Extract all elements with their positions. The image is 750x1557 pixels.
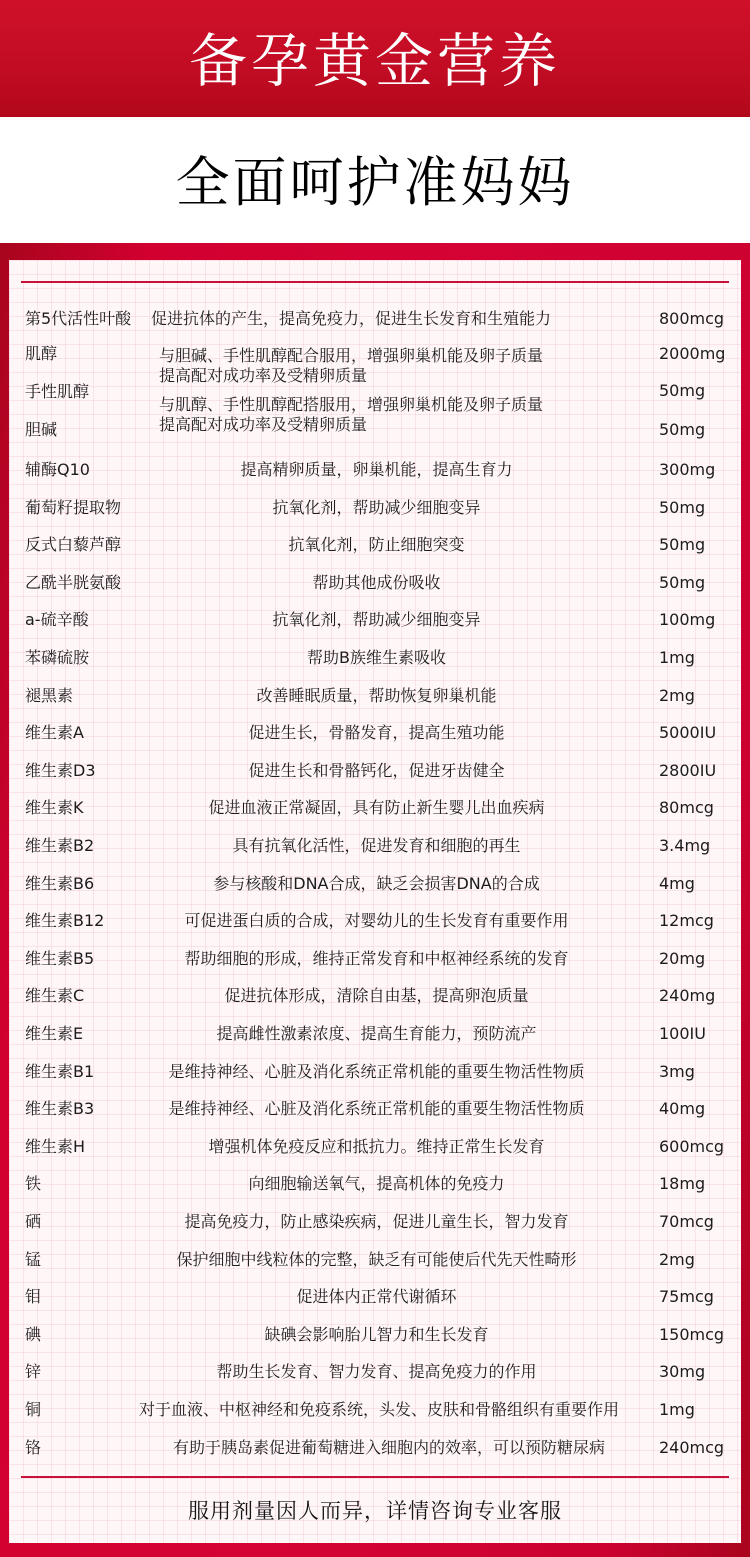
ingredient-desc: 抗氧化剂，帮助减少细胞变异 bbox=[104, 493, 649, 523]
ingredient-dose: 150mcg bbox=[659, 1320, 724, 1350]
ingredient-desc: 与肌醇、手性肌醇配搭服用，增强卵巢机能及卵子质量 bbox=[159, 395, 543, 415]
ingredient-name: 褪黑素 bbox=[25, 681, 73, 711]
ingredient-name: 铜 bbox=[25, 1395, 41, 1425]
table-row: 维生素B1 是维持神经、心脏及消化系统正常机能的重要生物活性物质 3mg bbox=[9, 1057, 741, 1087]
table-row: a-硫辛酸 抗氧化剂，帮助减少细胞变异 100mg bbox=[9, 605, 741, 635]
ingredient-desc: 帮助生长发育、智力发育、提高免疫力的作用 bbox=[104, 1357, 649, 1387]
table-row: 铬 有助于胰岛素促进葡萄糖进入细胞内的效率，可以预防糖尿病 240mcg bbox=[9, 1433, 741, 1463]
ingredient-panel: 第5代活性叶酸 促进抗体的产生，提高免疫力，促进生长发育和生殖能力 800mcg… bbox=[9, 260, 741, 1543]
table-row: 维生素B2 具有抗氧化活性，促进发育和细胞的再生 3.4mg bbox=[9, 831, 741, 861]
table-row: 铜 对于血液、中枢神经和免疫系统，头发、皮肤和骨骼组织有重要作用 1mg bbox=[9, 1395, 741, 1425]
table-row: 维生素H 增强机体免疫反应和抵抗力。维持正常生长发育 600mcg bbox=[9, 1132, 741, 1162]
ingredient-dose: 18mg bbox=[659, 1169, 705, 1199]
ingredient-desc: 是维持神经、心脏及消化系统正常机能的重要生物活性物质 bbox=[104, 1057, 649, 1087]
ingredient-dose: 240mcg bbox=[659, 1433, 724, 1463]
table-row: 褪黑素 改善睡眠质量，帮助恢复卵巢机能 2mg bbox=[9, 681, 741, 711]
ingredient-dose: 2mg bbox=[659, 1245, 695, 1275]
table-row: 维生素K 促进血液正常凝固，具有防止新生婴儿出血疾病 80mcg bbox=[9, 793, 741, 823]
ingredient-dose: 300mg bbox=[659, 455, 715, 485]
table-row: 锰 保护细胞中线粒体的完整，缺乏有可能使后代先天性畸形 2mg bbox=[9, 1245, 741, 1275]
table-row: 维生素E 提高雌性激素浓度、提高生育能力，预防流产 100IU bbox=[9, 1019, 741, 1049]
ingredient-name: 维生素D3 bbox=[25, 756, 96, 786]
ingredient-desc: 是维持神经、心脏及消化系统正常机能的重要生物活性物质 bbox=[104, 1094, 649, 1124]
ingredient-desc: 促进血液正常凝固，具有防止新生婴儿出血疾病 bbox=[104, 793, 649, 823]
ingredient-desc: 促进体内正常代谢循环 bbox=[104, 1282, 649, 1312]
ingredient-desc: 具有抗氧化活性，促进发育和细胞的再生 bbox=[104, 831, 649, 861]
ingredient-name: 维生素E bbox=[25, 1019, 83, 1049]
ingredient-desc: 可促进蛋白质的合成，对婴幼儿的生长发育有重要作用 bbox=[104, 906, 649, 936]
table-row: 维生素B5 帮助细胞的形成，维持正常发育和中枢神经系统的发育 20mg bbox=[9, 944, 741, 974]
ingredient-desc: 帮助B族维生素吸收 bbox=[104, 643, 649, 673]
ingredient-dose: 50mg bbox=[659, 420, 705, 440]
ingredient-dose: 2000mg bbox=[659, 344, 725, 364]
ingredient-desc-line2: 提高配对成功率及受精卵质量 bbox=[159, 366, 367, 386]
ingredient-desc: 增强机体免疫反应和抵抗力。维持正常生长发育 bbox=[104, 1132, 649, 1162]
ingredient-dose: 100mg bbox=[659, 605, 715, 635]
table-row: 维生素C 促进抗体形成，清除自由基，提高卵泡质量 240mg bbox=[9, 981, 741, 1011]
table-row: 碘 缺碘会影响胎儿智力和生长发育 150mcg bbox=[9, 1320, 741, 1350]
ingredient-name: 维生素B2 bbox=[25, 831, 94, 861]
ingredient-dose: 12mcg bbox=[659, 906, 714, 936]
ingredient-desc: 保护细胞中线粒体的完整，缺乏有可能使后代先天性畸形 bbox=[104, 1245, 649, 1275]
ingredient-desc: 帮助细胞的形成，维持正常发育和中枢神经系统的发育 bbox=[104, 944, 649, 974]
ingredient-desc: 促进抗体的产生，提高免疫力，促进生长发育和生殖能力 bbox=[151, 304, 611, 334]
ingredient-name: 维生素B6 bbox=[25, 869, 94, 899]
table-row: 维生素B3 是维持神经、心脏及消化系统正常机能的重要生物活性物质 40mg bbox=[9, 1094, 741, 1124]
ingredient-desc: 帮助其他成份吸收 bbox=[104, 568, 649, 598]
ingredient-desc: 缺碘会影响胎儿智力和生长发育 bbox=[104, 1320, 649, 1350]
ingredient-dose: 3.4mg bbox=[659, 831, 710, 861]
table-row: 第5代活性叶酸 促进抗体的产生，提高免疫力，促进生长发育和生殖能力 800mcg bbox=[9, 304, 741, 334]
ingredient-name: 辅酶Q10 bbox=[25, 455, 90, 485]
ingredient-dose: 2800IU bbox=[659, 756, 716, 786]
ingredient-name: a-硫辛酸 bbox=[25, 605, 89, 635]
ingredient-dose: 240mg bbox=[659, 981, 715, 1011]
ingredient-name: 手性肌醇 bbox=[25, 382, 89, 402]
ingredient-desc: 对于血液、中枢神经和免疫系统，头发、皮肤和骨骼组织有重要作用 bbox=[99, 1395, 659, 1425]
ingredient-dose: 40mg bbox=[659, 1094, 705, 1124]
table-row: 维生素B12 可促进蛋白质的合成，对婴幼儿的生长发育有重要作用 12mcg bbox=[9, 906, 741, 936]
ingredient-name: 维生素C bbox=[25, 981, 84, 1011]
header-banner: 备孕黄金营养 bbox=[0, 0, 750, 117]
ingredient-desc: 参与核酸和DNA合成，缺乏会损害DNA的合成 bbox=[104, 869, 649, 899]
table-row: 苯磷硫胺 帮助B族维生素吸收 1mg bbox=[9, 643, 741, 673]
ingredient-name: 钼 bbox=[25, 1282, 41, 1312]
ingredient-dose: 100IU bbox=[659, 1019, 706, 1049]
ingredient-dose: 600mcg bbox=[659, 1132, 724, 1162]
ingredient-dose: 3mg bbox=[659, 1057, 695, 1087]
bottom-divider bbox=[21, 1476, 729, 1478]
ingredient-desc: 提高雌性激素浓度、提高生育能力，预防流产 bbox=[104, 1019, 649, 1049]
ingredient-name: 铬 bbox=[25, 1433, 41, 1463]
ingredient-name: 锌 bbox=[25, 1357, 41, 1387]
ingredient-frame: 第5代活性叶酸 促进抗体的产生，提高免疫力，促进生长发育和生殖能力 800mcg… bbox=[0, 243, 750, 1557]
ingredient-name: 碘 bbox=[25, 1320, 41, 1350]
ingredient-name: 肌醇 bbox=[25, 344, 57, 364]
ingredient-name: 硒 bbox=[25, 1207, 41, 1237]
ingredient-dose: 80mcg bbox=[659, 793, 714, 823]
ingredient-name: 维生素H bbox=[25, 1132, 85, 1162]
ingredient-desc: 与胆碱、手性肌醇配合服用，增强卵巢机能及卵子质量 bbox=[159, 346, 543, 366]
dosage-note: 服用剂量因人而异，详情咨询专业客服 bbox=[9, 1495, 741, 1525]
page-subtitle: 全面呵护准妈妈 bbox=[176, 140, 575, 217]
ingredient-name: 苯磷硫胺 bbox=[25, 643, 89, 673]
page-title: 备孕黄金营养 bbox=[189, 14, 561, 98]
ingredient-dose: 75mcg bbox=[659, 1282, 714, 1312]
ingredient-desc: 抗氧化剂，防止细胞突变 bbox=[104, 530, 649, 560]
ingredient-desc: 改善睡眠质量，帮助恢复卵巢机能 bbox=[104, 681, 649, 711]
ingredient-dose: 5000IU bbox=[659, 718, 716, 748]
ingredient-desc: 提高精卵质量，卵巢机能，提高生育力 bbox=[104, 455, 649, 485]
ingredient-dose: 2mg bbox=[659, 681, 695, 711]
ingredient-desc: 向细胞输送氧气，提高机体的免疫力 bbox=[104, 1169, 649, 1199]
ingredient-desc: 促进抗体形成，清除自由基，提高卵泡质量 bbox=[104, 981, 649, 1011]
ingredient-desc: 提高免疫力，防止感染疾病，促进儿童生长，智力发育 bbox=[104, 1207, 649, 1237]
ingredient-dose: 50mg bbox=[659, 568, 705, 598]
ingredient-name: 维生素A bbox=[25, 718, 84, 748]
subtitle-banner: 全面呵护准妈妈 bbox=[0, 117, 750, 243]
table-row: 维生素D3 促进生长和骨骼钙化，促进牙齿健全 2800IU bbox=[9, 756, 741, 786]
ingredient-name: 维生素B12 bbox=[25, 906, 104, 936]
ingredient-desc: 促进生长，骨骼发育，提高生殖功能 bbox=[104, 718, 649, 748]
table-row: 葡萄籽提取物 抗氧化剂，帮助减少细胞变异 50mg bbox=[9, 493, 741, 523]
table-row: 反式白藜芦醇 抗氧化剂，防止细胞突变 50mg bbox=[9, 530, 741, 560]
table-row: 铁 向细胞输送氧气，提高机体的免疫力 18mg bbox=[9, 1169, 741, 1199]
ingredient-name: 维生素K bbox=[25, 793, 84, 823]
ingredient-name: 胆碱 bbox=[25, 420, 57, 440]
ingredient-dose: 1mg bbox=[659, 643, 695, 673]
table-row: 乙酰半胱氨酸 帮助其他成份吸收 50mg bbox=[9, 568, 741, 598]
ingredient-name: 维生素B3 bbox=[25, 1094, 94, 1124]
table-row: 维生素B6 参与核酸和DNA合成，缺乏会损害DNA的合成 4mg bbox=[9, 869, 741, 899]
table-row: 维生素A 促进生长，骨骼发育，提高生殖功能 5000IU bbox=[9, 718, 741, 748]
top-divider bbox=[21, 281, 729, 283]
ingredient-dose: 30mg bbox=[659, 1357, 705, 1387]
ingredient-dose: 70mcg bbox=[659, 1207, 714, 1237]
ingredient-desc: 抗氧化剂，帮助减少细胞变异 bbox=[104, 605, 649, 635]
ingredient-name: 维生素B1 bbox=[25, 1057, 94, 1087]
ingredient-name: 维生素B5 bbox=[25, 944, 94, 974]
ingredient-dose: 50mg bbox=[659, 493, 705, 523]
ingredient-desc-line2: 提高配对成功率及受精卵质量 bbox=[159, 415, 367, 435]
ingredient-desc: 促进生长和骨骼钙化，促进牙齿健全 bbox=[104, 756, 649, 786]
table-row: 硒 提高免疫力，防止感染疾病，促进儿童生长，智力发育 70mcg bbox=[9, 1207, 741, 1237]
ingredient-dose: 4mg bbox=[659, 869, 695, 899]
ingredient-dose: 20mg bbox=[659, 944, 705, 974]
ingredient-desc: 有助于胰岛素促进葡萄糖进入细胞内的效率，可以预防糖尿病 bbox=[119, 1433, 659, 1463]
ingredient-dose: 800mcg bbox=[659, 304, 724, 334]
ingredient-name: 锰 bbox=[25, 1245, 41, 1275]
ingredient-name: 铁 bbox=[25, 1169, 41, 1199]
table-row: 辅酶Q10 提高精卵质量，卵巢机能，提高生育力 300mg bbox=[9, 455, 741, 485]
ingredient-dose: 50mg bbox=[659, 530, 705, 560]
ingredient-dose: 1mg bbox=[659, 1395, 695, 1425]
ingredient-dose: 50mg bbox=[659, 381, 705, 401]
table-row: 钼 促进体内正常代谢循环 75mcg bbox=[9, 1282, 741, 1312]
ingredient-name: 第5代活性叶酸 bbox=[25, 304, 131, 334]
table-row: 锌 帮助生长发育、智力发育、提高免疫力的作用 30mg bbox=[9, 1357, 741, 1387]
